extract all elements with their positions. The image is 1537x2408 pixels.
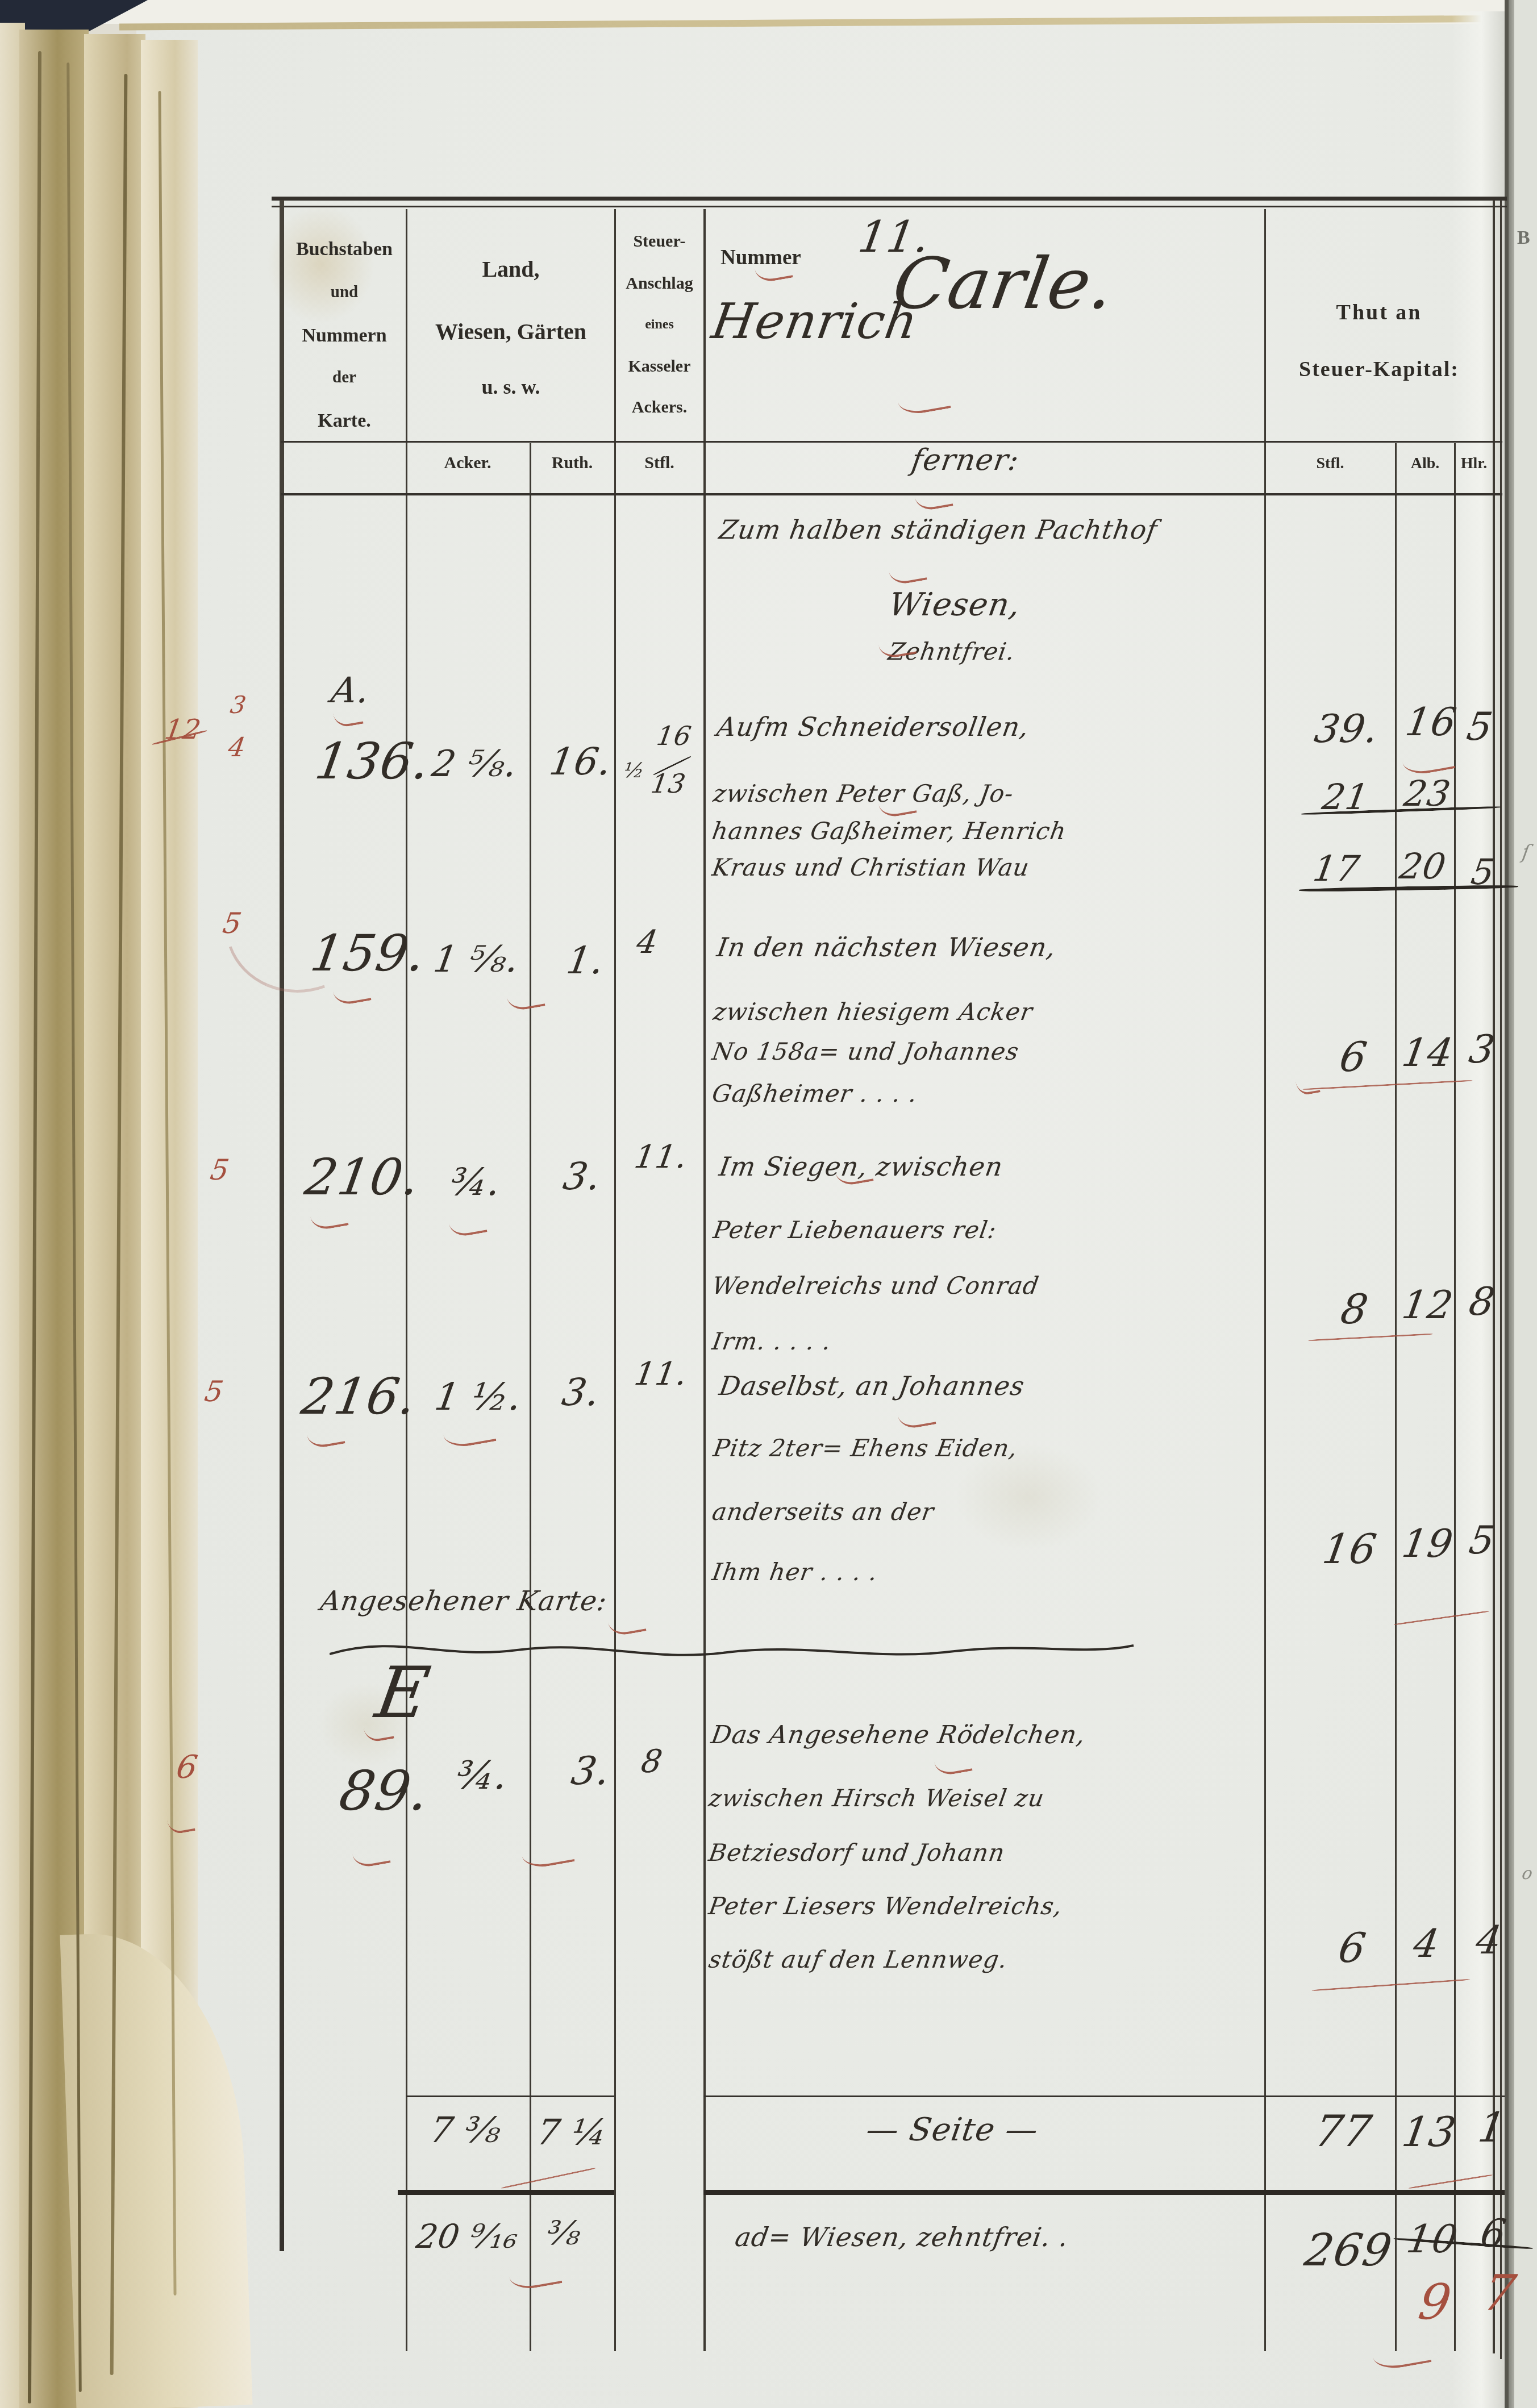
header-col-card-line: Buchstaben (283, 239, 406, 260)
header-col-anschlag-line: Ackers. (615, 398, 703, 417)
subheader-stfl-right: Stfl. (1265, 455, 1395, 473)
row1-desc-line: Aufm Schneidersollen, (715, 711, 1031, 742)
final-stfl-total: 269 (1301, 2225, 1396, 2276)
row4-desc-line: Daselbst, an Johannes (717, 1370, 1027, 1401)
row1-map-number: 136. (311, 732, 434, 790)
subheader-bottom-rule (281, 493, 1502, 495)
seite-alb-total: 13 (1399, 2108, 1460, 2156)
row1-anschlag-half: ½ (622, 759, 646, 782)
row3-acker-value: ¾. (448, 1160, 504, 1204)
row1-desc-line: hannes Gaßheimer, Henrich (710, 817, 1068, 845)
col-divider (1264, 209, 1266, 2351)
header-col-card-line: Karte. (283, 410, 406, 432)
header-kapital-line: Steuer-Kapital: (1265, 357, 1493, 382)
row6-map-number: 89. (335, 1759, 434, 1823)
row2-desc-line: Gaßheimer . . . . (710, 1080, 919, 1107)
header-col-card-line: und (283, 283, 406, 302)
row1-section-letter: A. (328, 669, 373, 711)
row1-anschlag-old-value: 16 (655, 720, 694, 751)
row1-alb-value: 16 (1402, 700, 1460, 745)
flourish-line (330, 1628, 1136, 1668)
row4-ruth-value: 3. (559, 1370, 603, 1414)
final-ruth-total: ³⁄₈ (544, 2214, 584, 2252)
final-acker-total: 20 ⁹⁄₁₆ (414, 2217, 521, 2256)
col-divider (530, 443, 531, 2351)
row6-desc-line: stößt auf den Lennweg. (707, 1945, 1010, 1973)
col-divider (1395, 443, 1397, 2351)
row3-anschlag-value: 11. (632, 1139, 690, 1176)
row4-anschlag-value: 11. (632, 1356, 690, 1393)
header-col-land-line: u. s. w. (407, 375, 614, 399)
next-page-sliver (1514, 0, 1537, 2408)
row2-desc-line: zwischen hiesigem Acker (711, 998, 1035, 1026)
table-border-right-outer (1500, 200, 1502, 2359)
totals-heavy-rule (703, 2190, 1505, 2195)
row4-desc-line: anderseits an der (710, 1498, 936, 1526)
book-gutter (1509, 0, 1514, 2408)
header-col-anschlag-line: Kasseler (615, 357, 703, 376)
section-heading-line: Wiesen, (886, 586, 1023, 623)
subheader-ruth: Ruth. (531, 453, 614, 473)
row3-ruth-value: 3. (560, 1155, 604, 1198)
page-right-edge-line (1505, 0, 1509, 2408)
row1-desc-line: Kraus und Christian Wau (710, 853, 1031, 881)
row3-desc-line: Irm. . . . . (710, 1327, 833, 1355)
header-col-card-line: Nummern (283, 325, 406, 347)
subheader-hlr: Hlr. (1455, 455, 1493, 473)
row2-alb-value: 14 (1399, 1031, 1456, 1076)
row1-desc-line: zwischen Peter Gaß, Jo- (711, 780, 1016, 807)
row1-stfl-value: 39. (1311, 707, 1382, 752)
row4-alb-value: 19 (1399, 1522, 1456, 1567)
header-bottom-rule (281, 441, 1502, 443)
row6-desc-line: Das Angesehene Rödelchen, (709, 1720, 1088, 1749)
row1-acker-value: 2 ⁵⁄₈. (429, 743, 520, 785)
owner-last-name: Carle. (888, 243, 1120, 325)
seite-ruth-total: 7 ¼ (534, 2111, 610, 2153)
scanned-register-page: B ſ o Buchstaben und Nummern der Karte. … (0, 0, 1537, 2408)
header-col-card-line: der (283, 368, 406, 387)
subheader-stfl-left: Stfl. (615, 453, 703, 473)
final-label: ad= Wiesen, zehntfrei. . (733, 2222, 1071, 2252)
row6-desc-line: Peter Liesers Wendelreichs, (707, 1892, 1064, 1920)
row4-desc-line: Ihm her . . . . (710, 1558, 880, 1586)
row3-map-number: 210. (301, 1148, 424, 1206)
interlude-note: Angesehener Karte: (318, 1585, 610, 1617)
row6-ruth-value: 3. (568, 1749, 613, 1794)
row6-desc-line: Betziesdorf und Johann (707, 1839, 1007, 1867)
row2-map-number: 159. (307, 924, 430, 982)
table-border-top (272, 197, 1507, 201)
table-border-right (1493, 200, 1495, 2353)
row3-alb-value: 12 (1399, 1283, 1456, 1328)
row3-desc-line: Peter Liebenauers rel: (711, 1216, 999, 1244)
row1-ruth-value: 16. (547, 740, 615, 784)
row1-corrected-stfl: 17 (1310, 848, 1363, 889)
row3-desc-line: Wendelreichs und Conrad (710, 1272, 1041, 1299)
col-divider (614, 209, 616, 2351)
row4-map-number: 216. (298, 1367, 420, 1426)
row2-acker-value: 1 ⁵⁄₈. (431, 939, 522, 981)
header-col-land-line: Land, (407, 256, 614, 282)
next-page-text-fragment: B (1517, 227, 1530, 249)
row4-acker-value: 1 ½. (432, 1375, 525, 1419)
subheader-alb: Alb. (1396, 455, 1454, 473)
seite-stfl-total: 77 (1311, 2106, 1376, 2156)
row2-ruth-value: 1. (564, 939, 607, 982)
subheader-acker: Acker. (407, 453, 528, 473)
row1-anschlag-new-value: 13 (649, 768, 688, 799)
header-col-land-line: Wiesen, Gärten (407, 318, 614, 345)
row2-desc-line: No 158a= und Johannes (710, 1038, 1021, 1065)
row6-desc-line: zwischen Hirsch Weisel zu (707, 1784, 1047, 1812)
header-col-anschlag-line: Steuer- (615, 232, 703, 251)
row6-acker-value: ¾. (453, 1753, 511, 1798)
totals-heavy-rule (398, 2190, 614, 2195)
row4-desc-line: Pitz 2ter= Ehens Eiden, (711, 1434, 1020, 1462)
row1-corrected-alb: 20 (1397, 845, 1449, 887)
seite-label: — Seite — (864, 2111, 1041, 2148)
header-kapital-line: Thut an (1265, 300, 1493, 325)
header-col-anschlag-line: Anschlag (615, 274, 703, 293)
table-border-left (280, 200, 284, 2251)
subheader-ferner: ferner: (909, 443, 1022, 477)
seite-acker-total: 7 ³⁄₈ (427, 2109, 505, 2151)
row4-stfl-value: 16 (1319, 1525, 1380, 1573)
totals-top-rule (703, 2095, 1505, 2097)
col-divider (703, 209, 706, 2351)
section-heading-line: Zum halben ständigen Pachthof (717, 514, 1160, 545)
table-border-top-inner (272, 206, 1507, 207)
header-col-anschlag-line: eines (615, 317, 703, 332)
totals-top-rule (406, 2095, 614, 2097)
col-divider (406, 209, 407, 2351)
row2-desc-line: In den nächsten Wiesen, (715, 932, 1058, 963)
